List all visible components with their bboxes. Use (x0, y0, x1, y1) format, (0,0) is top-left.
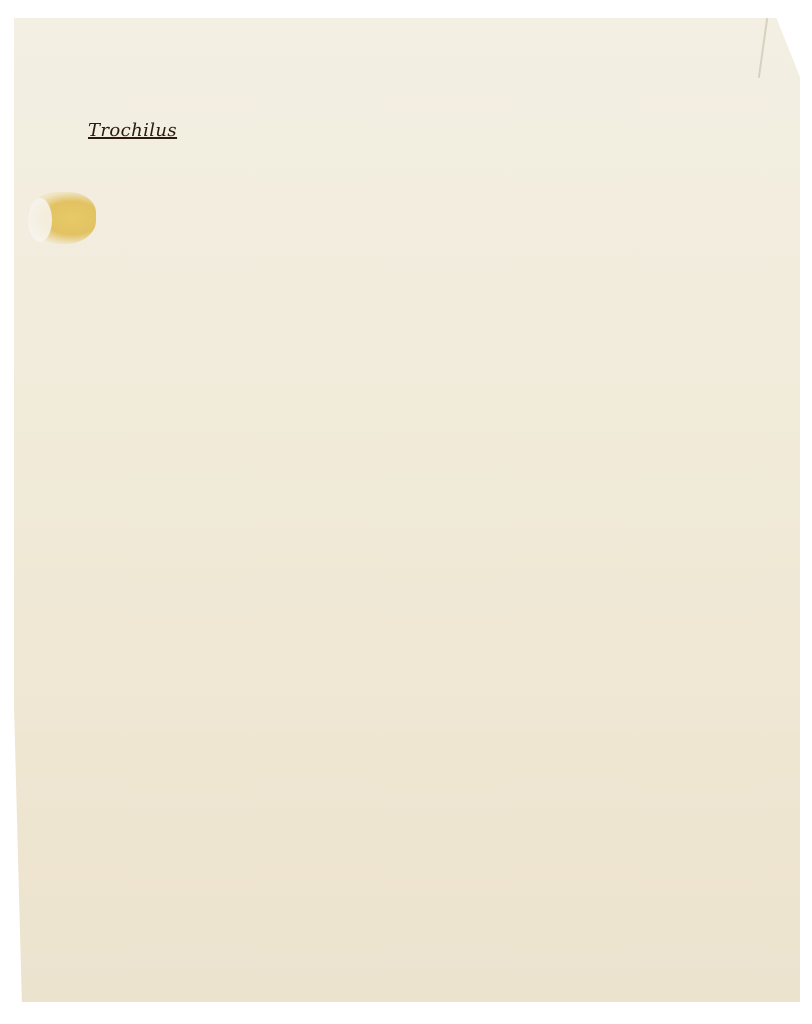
manuscript-page (14, 18, 800, 1002)
species-trochilus: Trochilus (88, 120, 177, 141)
text-line: Trochilus (88, 120, 177, 141)
paper-abrasion (28, 198, 52, 242)
